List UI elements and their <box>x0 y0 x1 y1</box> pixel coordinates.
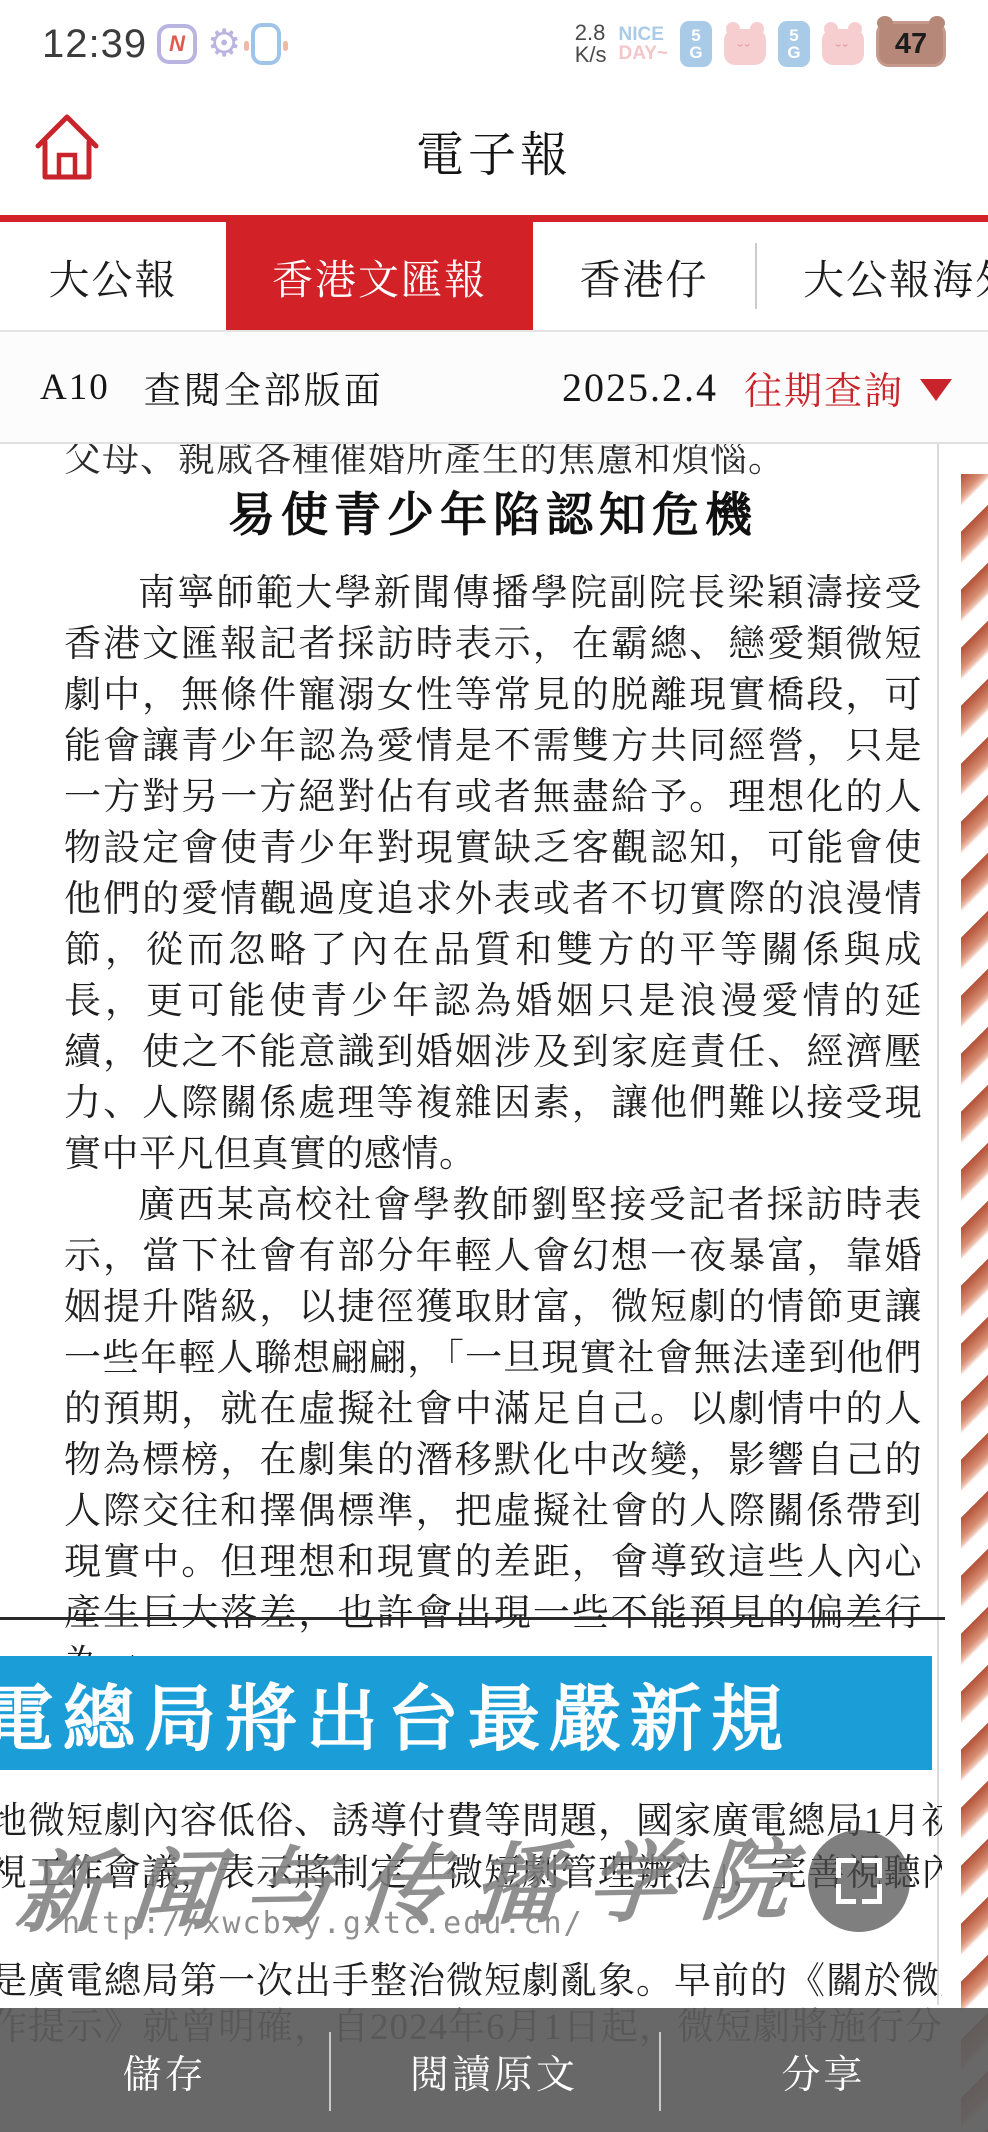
article-body: 南寧師範大學新聞傳播學院副院長梁穎濤接受香港文匯報記者採訪時表示，在霸總、戀愛類… <box>64 568 922 1690</box>
network-speed: 2.8 K/s <box>575 22 607 66</box>
fullscreen-expand-icon <box>836 1858 882 1904</box>
header-accent-line <box>0 215 988 222</box>
sim2-5g-badge: 5G <box>778 21 810 67</box>
app-header: 電子報 <box>0 88 988 215</box>
issue-date: 2025.2.4 <box>562 364 718 411</box>
read-original-button[interactable]: 閱讀原文 <box>329 2008 658 2132</box>
phone-icon <box>251 23 281 65</box>
article-heading: 易使青少年陷認知危機 <box>64 478 922 545</box>
page-edge-line <box>937 444 939 2005</box>
newspaper-page-view[interactable]: 父母、親戚各種催婚所產生的焦慮和煩惱。 易使青少年陷認知危機 南寧師範大學新聞傳… <box>0 444 988 2132</box>
n-app-icon: N <box>157 24 197 64</box>
sim1-5g-badge: 5G <box>680 21 712 67</box>
caret-down-icon[interactable] <box>920 379 952 401</box>
banner-title: 電總局將出台最嚴新規 <box>0 1661 792 1765</box>
article-paragraph: 南寧師範大學新聞傳播學院副院長梁穎濤接受香港文匯報記者採訪時表示，在霸總、戀愛類… <box>64 568 922 1180</box>
page-title: 電子報 <box>0 116 988 185</box>
page-toolbar: A10 查閱全部版面 2025.2.4 往期查詢 <box>0 332 988 444</box>
bottom-action-bar: 儲存 閱讀原文 分享 <box>0 2008 988 2132</box>
bear-signal-icon: ˘˘ <box>724 29 766 65</box>
save-button[interactable]: 儲存 <box>0 2008 329 2132</box>
page-number: A10 <box>40 366 110 409</box>
fullscreen-button[interactable] <box>808 1830 910 1932</box>
section-banner: 電總局將出台最嚴新規 <box>0 1656 932 1770</box>
tab-takungpao-overseas[interactable]: 大公報海外版 <box>757 222 988 330</box>
tab-takungpao[interactable]: 大公報 <box>0 222 226 330</box>
article-paragraph: 廣西某高校社會學教師劉堅接受記者採訪時表示，當下社會有部分年輕人會幻想一夜暴富，… <box>64 1180 922 1690</box>
carrier-label: NICE DAY~ <box>619 25 668 63</box>
past-issues-link[interactable]: 往期查詢 <box>744 360 904 415</box>
section-divider <box>0 1617 945 1620</box>
tab-hongkongchai[interactable]: 香港仔 <box>533 222 755 330</box>
clipped-article-line: 父母、親戚各種催婚所產生的焦慮和煩惱。 <box>64 444 924 482</box>
status-bar: 12:39 N ⚙ 2.8 K/s NICE DAY~ 5G ˘˘ 5G ˘˘ … <box>0 0 988 88</box>
battery-icon: 47 <box>876 21 946 67</box>
tab-wenweipo-active[interactable]: 香港文匯報 <box>226 222 533 330</box>
share-button[interactable]: 分享 <box>659 2008 988 2132</box>
clock: 12:39 <box>42 22 147 67</box>
edition-tab-bar: 大公報 香港文匯報 香港仔 大公報海外版 <box>0 222 988 332</box>
battery-percent: 47 <box>895 28 927 61</box>
gear-icon: ⚙ <box>207 25 241 63</box>
view-all-pages-link[interactable]: 查閱全部版面 <box>144 360 384 414</box>
bear-signal-icon: ˘˘ <box>822 29 864 65</box>
page-stripe-border <box>961 474 988 2132</box>
watermark-url: http://xwcbxy.gxtc.edu.cn/ <box>62 1906 584 1941</box>
